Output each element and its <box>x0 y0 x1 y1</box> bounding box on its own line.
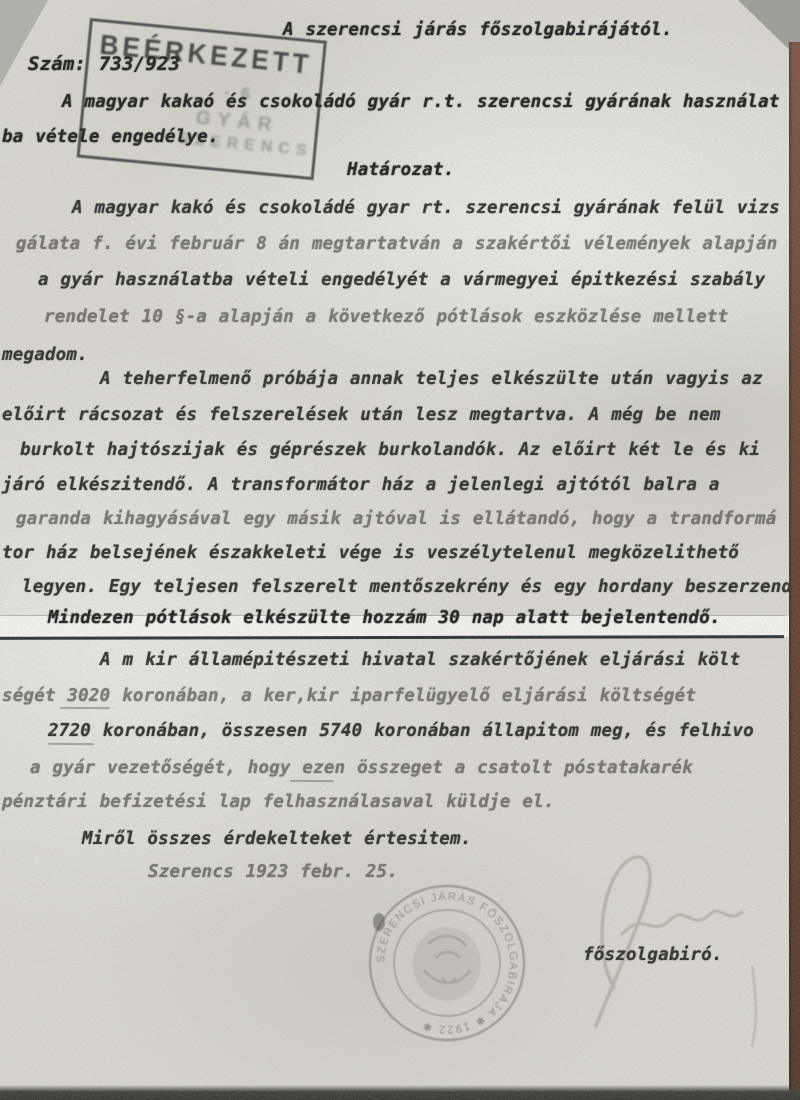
typed-line-p1-l5: megadom. <box>2 345 88 365</box>
typed-line-p3-l4: a gyár vezetőségét, hogy ezen összeget a… <box>30 758 693 778</box>
typed-line-p2-l3: burkolt hajtószijak és géprészek burkola… <box>20 440 760 460</box>
typed-line-p2-l8: Mindezen pótlások elkészülte hozzám 30 n… <box>48 608 721 628</box>
typed-line-p2-l6: tor ház belsejének északkeleti vége is v… <box>2 543 739 563</box>
typed-line-p2-l5: garanda kihagyásával egy másik ajtóval i… <box>16 509 777 529</box>
typed-line-dateline: Szerencs 1923 febr. 25. <box>148 862 398 882</box>
typed-line-p3-l3: 2720 koronában, összesen 5740 koronában … <box>48 721 754 741</box>
typed-line-p2-l7: legyen. Egy teljesen felszerelt mentősze… <box>22 577 800 597</box>
pencil-underline-3 <box>290 780 334 782</box>
photo-seam-line <box>0 635 784 640</box>
typed-line-p3-l1: A m kir államépitészeti hivatal szakértő… <box>100 650 740 670</box>
seal-crest-blob <box>413 927 481 1001</box>
pencil-underline-1 <box>60 707 110 709</box>
typed-line-p3-l5: pénztári befizetési lap felhasználasaval… <box>2 792 555 812</box>
typed-line-p3-l2: ségét 3020 koronában, a ker,kir iparfelü… <box>2 686 696 706</box>
typed-line-p2-l2: előirt rácsozat és felszerelések után le… <box>2 405 721 425</box>
typed-line-p1-l2: gálata f. évi február 8 án megtartatván … <box>16 234 778 254</box>
official-seal: SZERENCSI JÁRÁS FŐSZOLGABIRÁJA ✱ 1922 ✱ <box>358 874 536 1052</box>
typed-line-p1-l4: rendelet 10 §-a alapján a következő pótl… <box>44 307 728 327</box>
photo-edge-bottom <box>0 1085 800 1100</box>
typed-line-p2-l1: A teherfelmenő próbája annak teljes elké… <box>100 369 763 389</box>
typed-line-p1-l1: A magyar kakó és csokoládé gyar rt. szer… <box>72 198 780 218</box>
typed-line-subject-1: A magyar kakaó és csokoládó gyár r.t. sz… <box>62 92 780 112</box>
photo-edge-right <box>789 42 800 1100</box>
typed-line-closing: Miről összes érdekelteket értesitem. <box>82 829 472 849</box>
seal-ink-blot <box>373 913 385 931</box>
typed-line-p2-l4: járó elkészitendő. A transformátor ház a… <box>2 475 720 495</box>
signature-downstroke <box>596 857 650 1026</box>
typed-line-signer-title: főszolgabiró. <box>583 945 723 965</box>
typed-line-header: A szerencsi járás főszolgabirájától. <box>283 20 673 40</box>
typed-line-file-number: Szám: 733/923 <box>28 53 180 75</box>
signature-tail <box>752 966 756 1046</box>
typed-line-p1-l3: a gyár használatba vételi engedélyét a v… <box>38 270 765 290</box>
scanned-document-photo: BEÉRKEZETT - 6 GYÁR SZERENCS A szerencsi… <box>0 0 800 1100</box>
typed-line-decision-heading: Határozat. <box>347 160 454 180</box>
pencil-underline-2 <box>48 743 94 745</box>
typed-line-subject-2: ba vétele engedélye. <box>2 127 219 147</box>
